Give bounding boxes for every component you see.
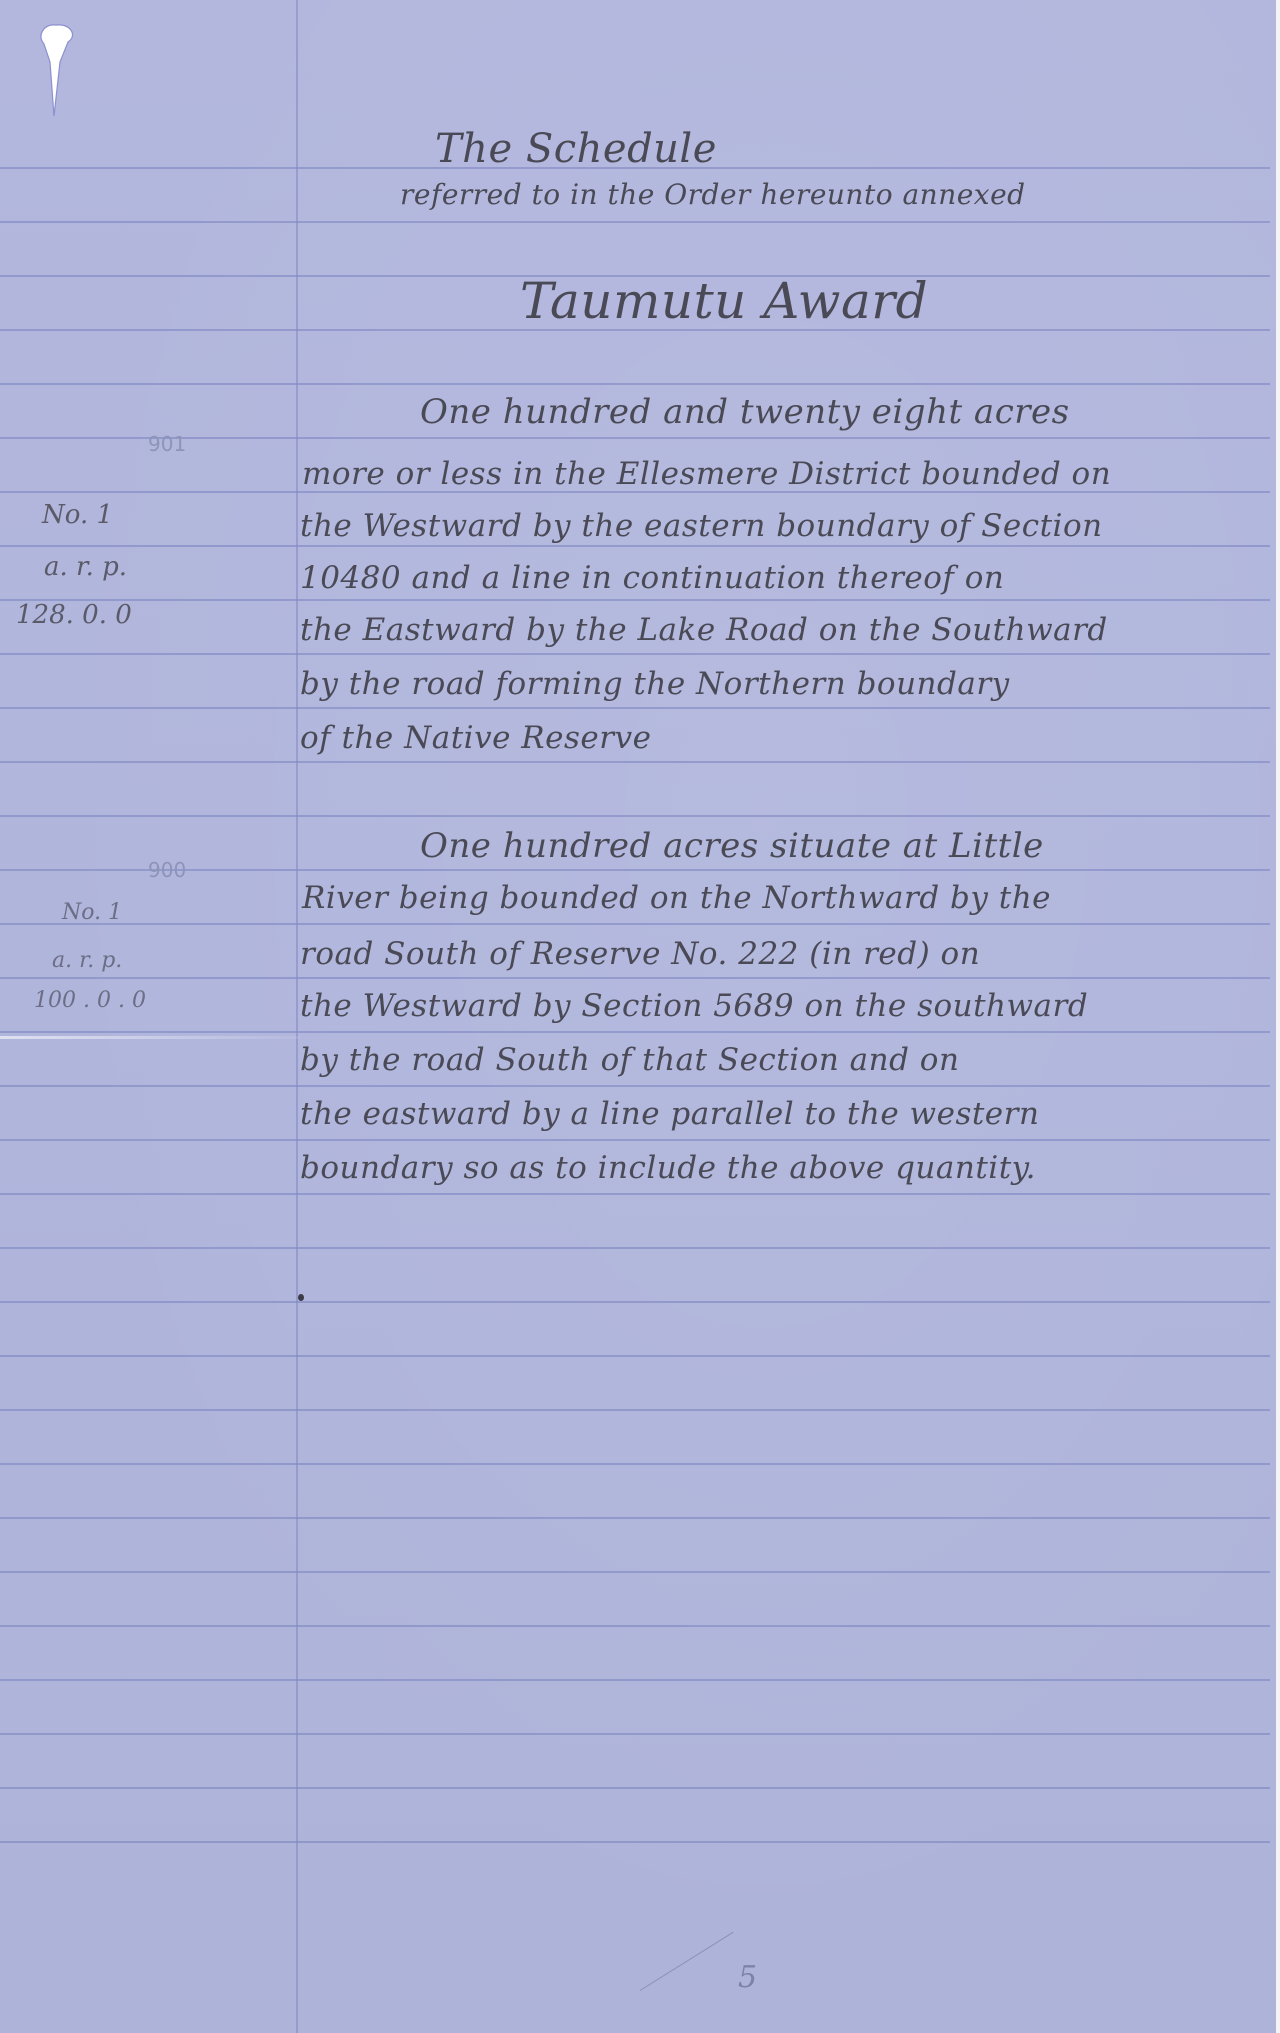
entry-line: road South of Reserve No. 222 (in red) o… [300, 936, 980, 972]
ruled-line [0, 1625, 1270, 1627]
entry-line: boundary so as to include the above quan… [300, 1150, 1036, 1186]
area-units: a. r. p. [52, 948, 122, 973]
entry-number: No. 1 [62, 900, 122, 925]
entry-line: by the road forming the Northern boundar… [300, 666, 1010, 702]
ruled-line [0, 1733, 1270, 1735]
ruled-line [0, 599, 1270, 601]
entry-line: the Westward by the eastern boundary of … [300, 508, 1103, 544]
entry-line: River being bounded on the Northward by … [302, 880, 1051, 916]
ruled-line [0, 1193, 1270, 1195]
ruled-line [0, 1139, 1270, 1141]
ruled-line [0, 707, 1270, 709]
ruled-line [0, 1517, 1270, 1519]
ruled-line [0, 1247, 1270, 1249]
area-values: 128. 0. 0 [16, 600, 132, 630]
schedule-subtitle: referred to in the Order hereunto annexe… [400, 178, 1026, 211]
ruled-line [0, 1301, 1270, 1303]
ruled-line [0, 1571, 1270, 1573]
ruled-line [0, 1463, 1270, 1465]
fold-crease [0, 1036, 300, 1039]
ruled-line [0, 815, 1270, 817]
page-number: 5 [738, 1960, 757, 1995]
entry-line: the Westward by Section 5689 on the sout… [300, 988, 1088, 1024]
manuscript-page: The Schedule referred to in the Order he… [0, 0, 1276, 2033]
entry-line: 10480 and a line in continuation thereof… [300, 560, 1004, 596]
margin-rule [296, 0, 298, 2033]
ruled-line [0, 1841, 1270, 1843]
entry-line: the Eastward by the Lake Road on the Sou… [300, 612, 1108, 648]
entry-line: the eastward by a line parallel to the w… [300, 1096, 1039, 1132]
ruled-line [0, 923, 1270, 925]
ruled-line [0, 1085, 1270, 1087]
ruled-line [0, 1787, 1270, 1789]
ruled-line [0, 1679, 1270, 1681]
ruled-line [0, 1355, 1270, 1357]
paper-tear-hole [38, 22, 78, 118]
ruled-line [0, 545, 1270, 547]
ruled-line [0, 653, 1270, 655]
ruled-line [0, 869, 1270, 871]
award-name: Taumutu Award [520, 272, 928, 330]
schedule-title: The Schedule [435, 126, 717, 172]
page-number-stroke [640, 1932, 734, 1991]
entry-line: One hundred and twenty eight acres [420, 392, 1070, 432]
pencil-reference: 900 [148, 858, 186, 882]
ruled-line [0, 761, 1270, 763]
ruled-line [0, 383, 1270, 385]
ruled-line [0, 437, 1270, 439]
ruled-line [0, 1409, 1270, 1411]
area-values: 100 . 0 . 0 [34, 988, 146, 1013]
entry-number: No. 1 [42, 500, 113, 530]
ruled-line [0, 1031, 1270, 1033]
pencil-reference: 901 [148, 432, 186, 456]
ruled-line [0, 977, 1270, 979]
entry-line: of the Native Reserve [300, 720, 651, 756]
entry-line: by the road South of that Section and on [300, 1042, 959, 1078]
ink-dot [298, 1294, 304, 1301]
entry-line: One hundred acres situate at Little [420, 826, 1044, 866]
entry-line: more or less in the Ellesmere District b… [302, 456, 1111, 492]
area-units: a. r. p. [44, 552, 127, 582]
ruled-line [0, 221, 1270, 223]
